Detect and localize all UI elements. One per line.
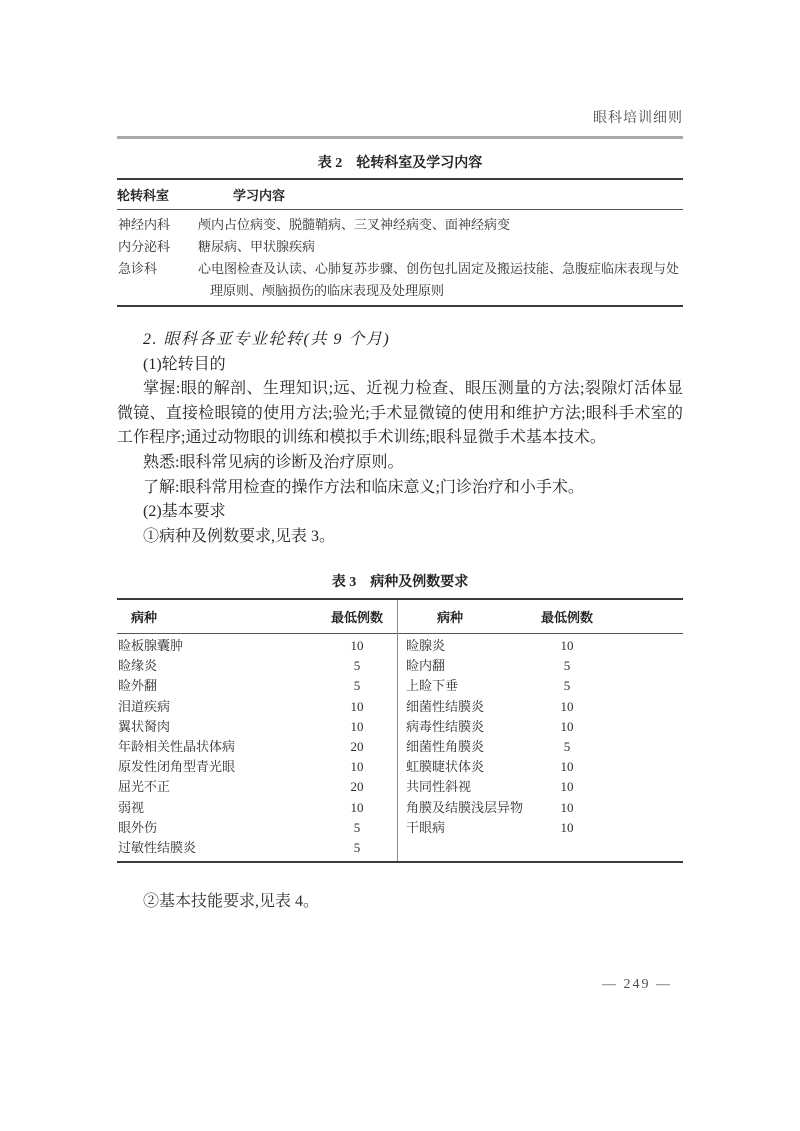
table3-col-min-cases-left: 最低例数: [317, 607, 397, 626]
disease-name: 角膜及结膜浅层异物: [397, 798, 537, 818]
disease-name: 屈光不正: [117, 777, 317, 797]
case-count: 10: [537, 777, 597, 797]
table2-col-content: 学习内容: [198, 185, 683, 204]
table2-title-label: 表 2: [318, 156, 343, 171]
disease-name: 睑内翻: [397, 656, 537, 676]
case-count: 10: [317, 798, 397, 818]
table-row: 年龄相关性晶状体病20细菌性角膜炎5: [117, 737, 683, 757]
table3-header-row: 病种 最低例数 病种 最低例数: [117, 600, 683, 634]
disease-name: 睑腺炎: [397, 636, 537, 656]
case-count: 20: [317, 777, 397, 797]
case-count: 10: [317, 697, 397, 717]
case-count: 5: [317, 676, 397, 696]
filler: [597, 636, 683, 656]
case-count: 10: [537, 636, 597, 656]
table-row: 神经内科 颅内占位病变、脱髓鞘病、三叉神经病变、面神经病变: [117, 214, 683, 236]
page-number: — 249 —: [602, 977, 672, 993]
table-row: 原发性闭角型青光眼10虹膜睫状体炎10: [117, 757, 683, 777]
table3-title-label: 表 3: [332, 575, 357, 590]
disease-name: 翼状胬肉: [117, 717, 317, 737]
table2-title-text: 轮转科室及学习内容: [356, 156, 482, 171]
table2-content: 糖尿病、甲状腺疾病: [198, 236, 683, 258]
disease-name: 睑外翻: [117, 676, 317, 696]
table2-dept: 内分泌科: [117, 236, 198, 258]
case-count: 20: [317, 737, 397, 757]
table3-col-min-cases-right: 最低例数: [537, 607, 597, 626]
case-count: 5: [317, 656, 397, 676]
paragraph: 了解:眼科常用检查的操作方法和临床意义;门诊治疗和小手术。: [117, 476, 683, 501]
table2-body: 神经内科 颅内占位病变、脱髓鞘病、三叉神经病变、面神经病变 内分泌科 糖尿病、甲…: [117, 210, 683, 305]
table2-dept: 急诊科: [117, 258, 198, 302]
filler: [597, 818, 683, 838]
disease-name: 病毒性结膜炎: [397, 717, 537, 737]
table-row: 过敏性结膜炎5: [117, 838, 683, 858]
section-heading: 2. 眼科各亚专业轮转(共 9 个月): [117, 328, 683, 353]
table-row: 屈光不正20共同性斜视10: [117, 777, 683, 797]
disease-name: 细菌性结膜炎: [397, 697, 537, 717]
disease-name: 上睑下垂: [397, 676, 537, 696]
case-count: 10: [537, 697, 597, 717]
disease-name: 过敏性结膜炎: [117, 838, 317, 858]
bottom-note: ②基本技能要求,见表 4。: [117, 890, 683, 915]
disease-name: 干眼病: [397, 818, 537, 838]
table3-body: 睑板腺囊肿10睑腺炎10 睑缘炎5睑内翻5 睑外翻5上睑下垂5 泪道疾病10细菌…: [117, 634, 683, 861]
filler: [597, 777, 683, 797]
case-count: 10: [317, 717, 397, 737]
case-count: 10: [317, 757, 397, 777]
paragraph: ①病种及例数要求,见表 3。: [117, 525, 683, 550]
disease-name: 睑缘炎: [117, 656, 317, 676]
filler: [597, 757, 683, 777]
disease-name: 年龄相关性晶状体病: [117, 737, 317, 757]
table2-content: 心电图检查及认读、心肺复苏步骤、创伤包扎固定及搬运技能、急腹症临床表现与处理原则…: [198, 258, 683, 302]
disease-name: 共同性斜视: [397, 777, 537, 797]
table-row: 睑缘炎5睑内翻5: [117, 656, 683, 676]
table-row: 睑外翻5上睑下垂5: [117, 676, 683, 696]
case-count: 10: [537, 757, 597, 777]
case-count: 10: [537, 818, 597, 838]
table-row: 翼状胬肉10病毒性结膜炎10: [117, 717, 683, 737]
table3-disease-case-requirements: 病种 最低例数 病种 最低例数 睑板腺囊肿10睑腺炎10 睑缘炎5睑内翻5 睑外…: [117, 598, 683, 863]
disease-name: 细菌性角膜炎: [397, 737, 537, 757]
case-count: 5: [537, 656, 597, 676]
case-count: 5: [537, 676, 597, 696]
paragraph: ②基本技能要求,见表 4。: [117, 890, 683, 915]
filler: [597, 798, 683, 818]
table2-header-row: 轮转科室 学习内容: [117, 180, 683, 210]
filler: [597, 838, 683, 858]
paragraph: 熟悉:眼科常见病的诊断及治疗原则。: [117, 451, 683, 476]
filler: [597, 656, 683, 676]
table3-col-disease-left: 病种: [117, 607, 317, 626]
disease-name: 原发性闭角型青光眼: [117, 757, 317, 777]
table2-col-dept: 轮转科室: [117, 185, 198, 204]
filler: [597, 697, 683, 717]
disease-name: 弱视: [117, 798, 317, 818]
table2-content: 颅内占位病变、脱髓鞘病、三叉神经病变、面神经病变: [198, 214, 683, 236]
case-count: 5: [317, 838, 397, 858]
body-text-block: 2. 眼科各亚专业轮转(共 9 个月) (1)轮转目的 掌握:眼的解剖、生理知识…: [117, 328, 683, 549]
filler: [597, 717, 683, 737]
case-count: 10: [317, 636, 397, 656]
header-rule: [117, 136, 683, 139]
disease-name: 泪道疾病: [117, 697, 317, 717]
case-count: 10: [537, 717, 597, 737]
paragraph: (1)轮转目的: [117, 353, 683, 378]
table2-rotation-departments: 轮转科室 学习内容 神经内科 颅内占位病变、脱髓鞘病、三叉神经病变、面神经病变 …: [117, 178, 683, 307]
case-count: 5: [317, 818, 397, 838]
table2-dept: 神经内科: [117, 214, 198, 236]
disease-name: 眼外伤: [117, 818, 317, 838]
case-count: 10: [537, 798, 597, 818]
table-row: 急诊科 心电图检查及认读、心肺复苏步骤、创伤包扎固定及搬运技能、急腹症临床表现与…: [117, 258, 683, 302]
paragraph: (2)基本要求: [117, 500, 683, 525]
table3-title-text: 病种及例数要求: [370, 575, 468, 590]
document-page: 眼科培训细则 表 2轮转科室及学习内容 轮转科室 学习内容 神经内科 颅内占位病…: [0, 0, 800, 1131]
table-row: 泪道疾病10细菌性结膜炎10: [117, 697, 683, 717]
filler: [597, 676, 683, 696]
paragraph: 掌握:眼的解剖、生理知识;远、近视力检查、眼压测量的方法;裂隙灯活体显微镜、直接…: [117, 377, 683, 451]
disease-name: 睑板腺囊肿: [117, 636, 317, 656]
table-row: 眼外伤5干眼病10: [117, 818, 683, 838]
table-row: 睑板腺囊肿10睑腺炎10: [117, 636, 683, 656]
disease-name: 虹膜睫状体炎: [397, 757, 537, 777]
running-header-title: 眼科培训细则: [593, 107, 683, 127]
table3-col-disease-right: 病种: [397, 607, 537, 626]
disease-name: [397, 838, 537, 858]
case-count: 5: [537, 737, 597, 757]
case-count: [537, 838, 597, 858]
table-row: 内分泌科 糖尿病、甲状腺疾病: [117, 236, 683, 258]
filler: [597, 737, 683, 757]
table2-title: 表 2轮转科室及学习内容: [117, 152, 683, 172]
table3-vertical-divider: [397, 600, 398, 861]
table-row: 弱视10角膜及结膜浅层异物10: [117, 798, 683, 818]
table3-title: 表 3病种及例数要求: [117, 571, 683, 591]
